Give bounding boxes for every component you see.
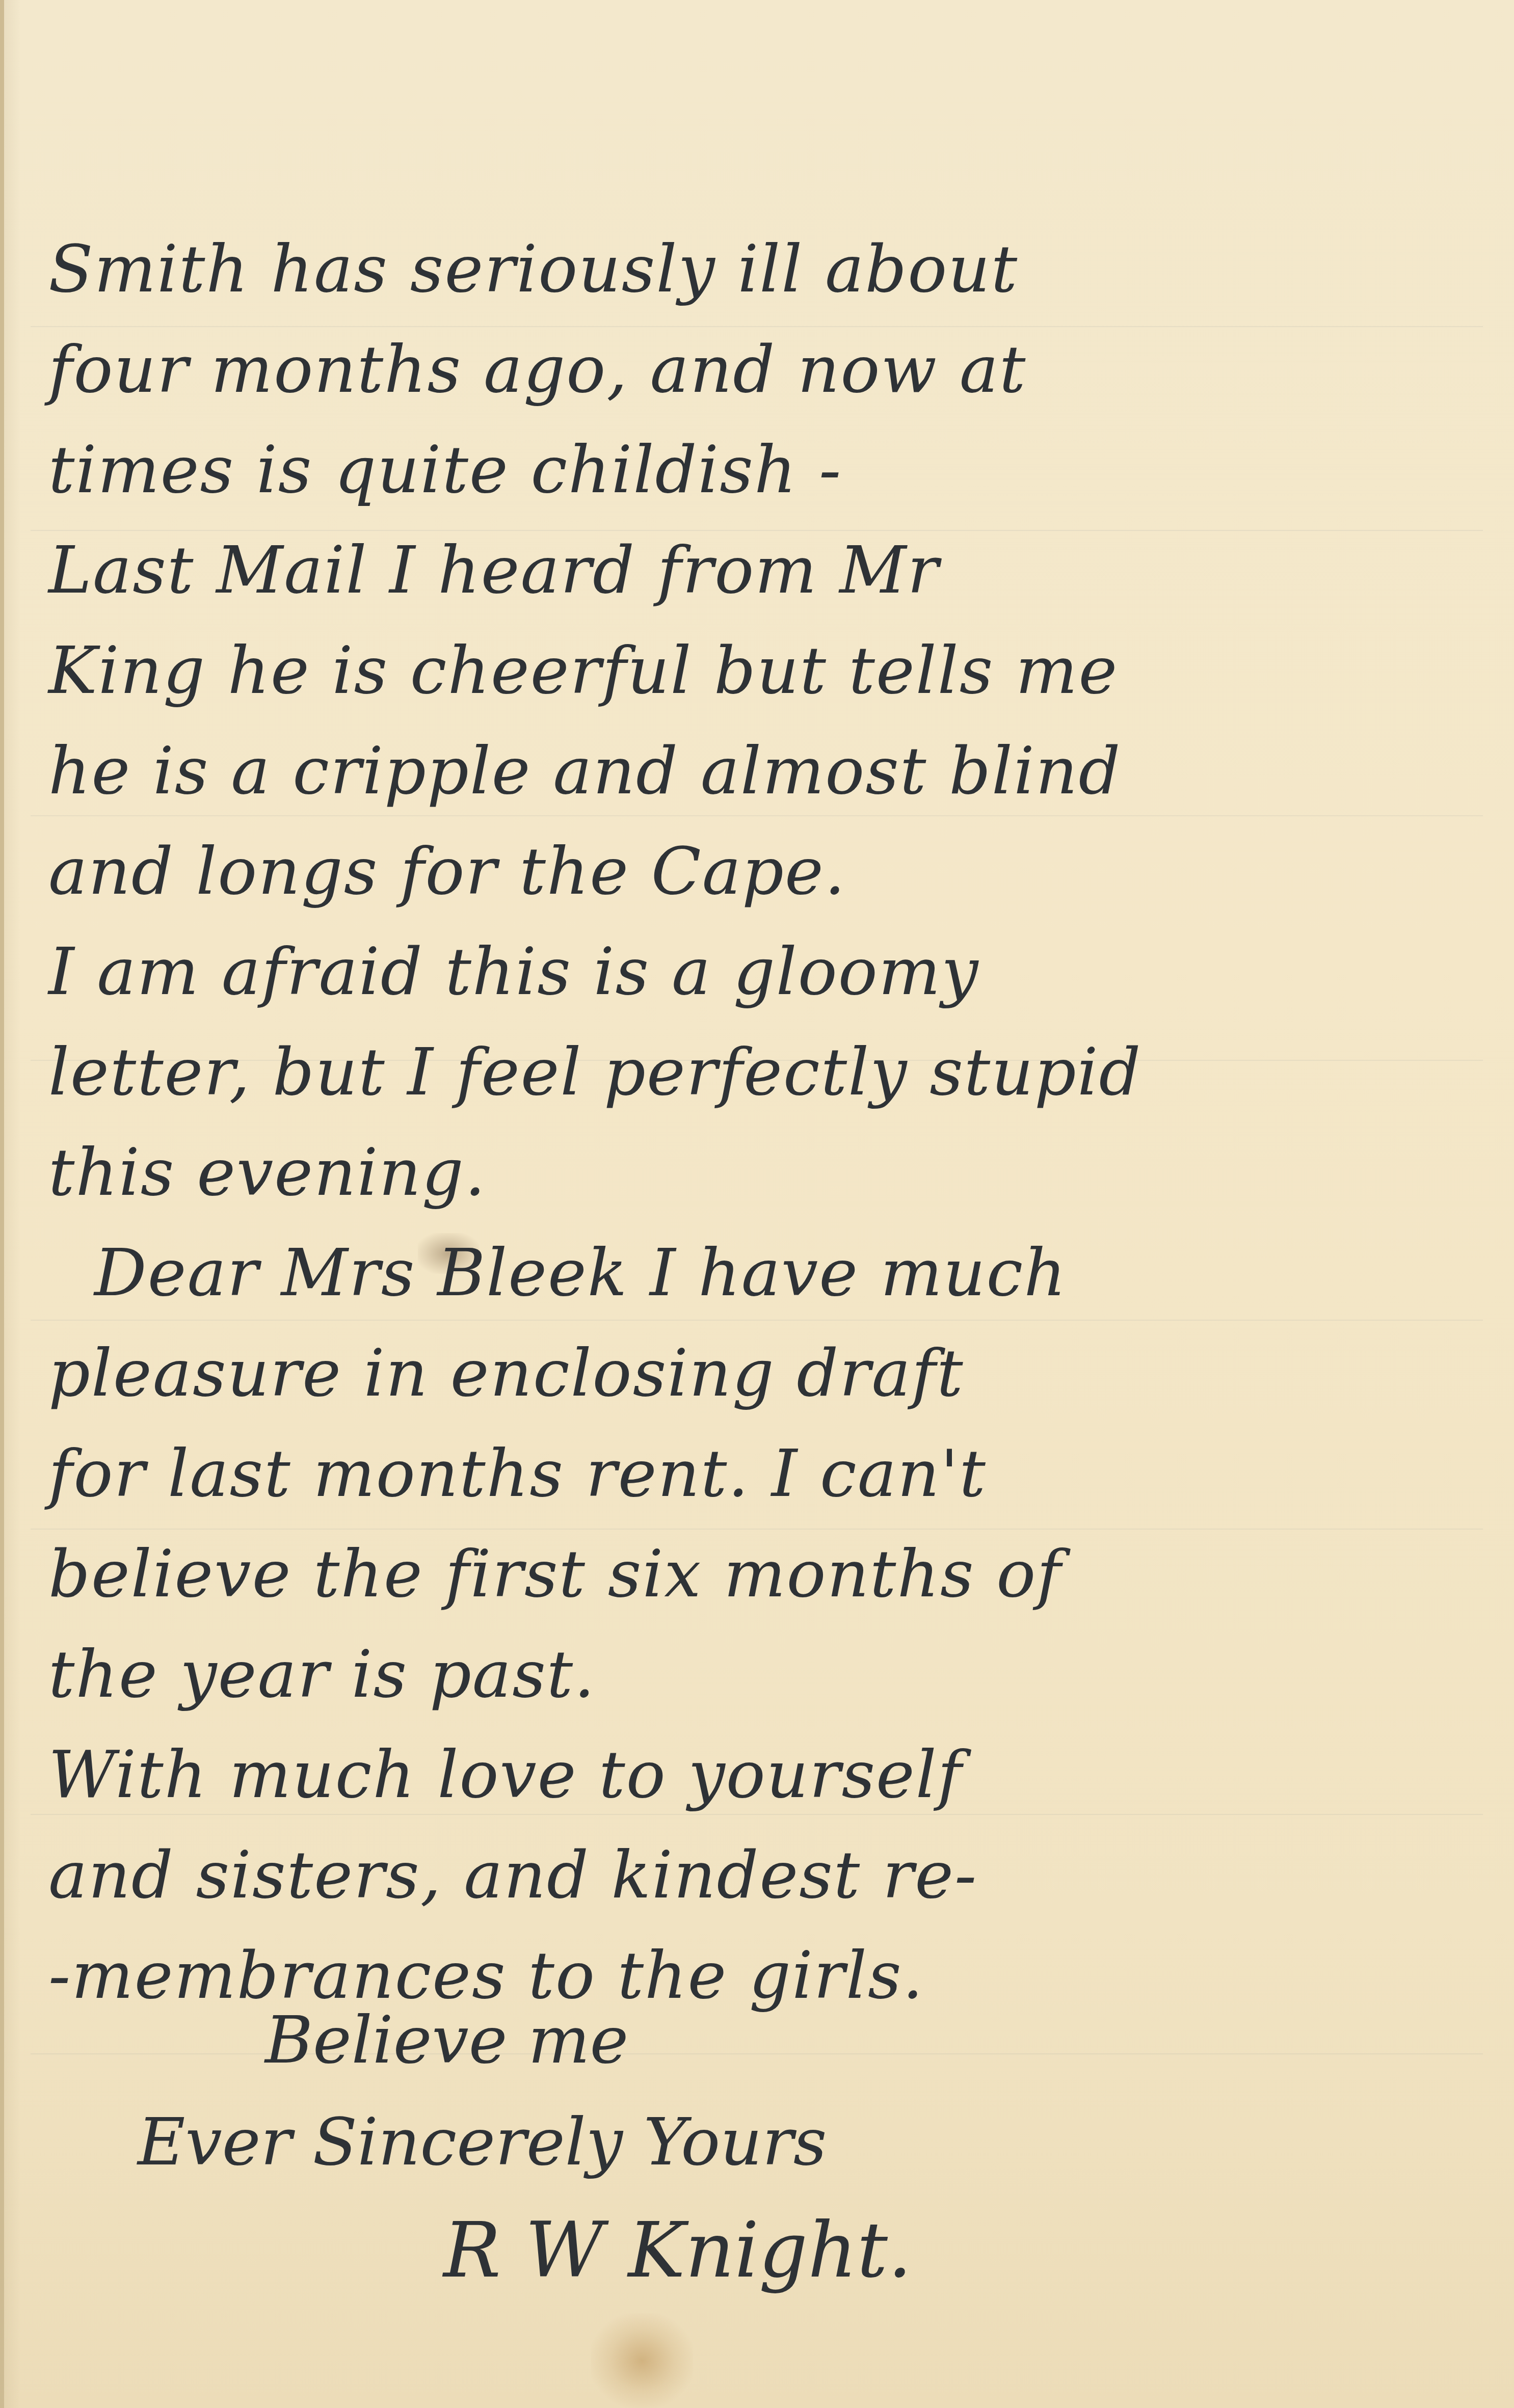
letter-line: Last Mail I heard from Mr: [48, 520, 1485, 621]
letter-line: for last months rent. I can't: [48, 1424, 1485, 1524]
page-left-edge: [0, 0, 4, 2408]
water-stain: [591, 2313, 693, 2408]
letter-line: letter, but I feel perfectly stupid: [48, 1022, 1485, 1122]
letter-line: Dear Mrs Bleek I have much: [48, 1223, 1485, 1323]
signature: R W Knight.: [443, 2206, 912, 2295]
letter-line: believe the first six months of: [48, 1524, 1485, 1624]
letter-line: With much love to yourself: [48, 1725, 1485, 1825]
closing-sincerely-yours: Ever Sincerely Yours: [138, 2104, 827, 2180]
letter-body: Smith has seriously ill about four month…: [48, 219, 1485, 2026]
letter-line: pleasure in enclosing draft: [48, 1323, 1485, 1424]
letter-line: -membrances to the girls.: [48, 1925, 1485, 2026]
letter-line: this evening.: [48, 1122, 1485, 1223]
letter-line: and sisters, and kindest re-: [48, 1825, 1485, 1925]
letter-line: and longs for the Cape.: [48, 821, 1485, 922]
letter-line: Smith has seriously ill about: [48, 219, 1485, 319]
letter-line: the year is past.: [48, 1624, 1485, 1725]
letter-line: King he is cheerful but tells me: [48, 621, 1485, 721]
bleed-through-rule: [31, 2053, 1483, 2054]
letter-page: Smith has seriously ill about four month…: [0, 0, 1514, 2408]
letter-line: I am afraid this is a gloomy: [48, 922, 1485, 1022]
letter-line: times is quite childish -: [48, 420, 1485, 520]
closing-believe-me: Believe me: [265, 2002, 628, 2078]
letter-line: he is a cripple and almost blind: [48, 721, 1485, 821]
letter-line: four months ago, and now at: [48, 319, 1485, 420]
